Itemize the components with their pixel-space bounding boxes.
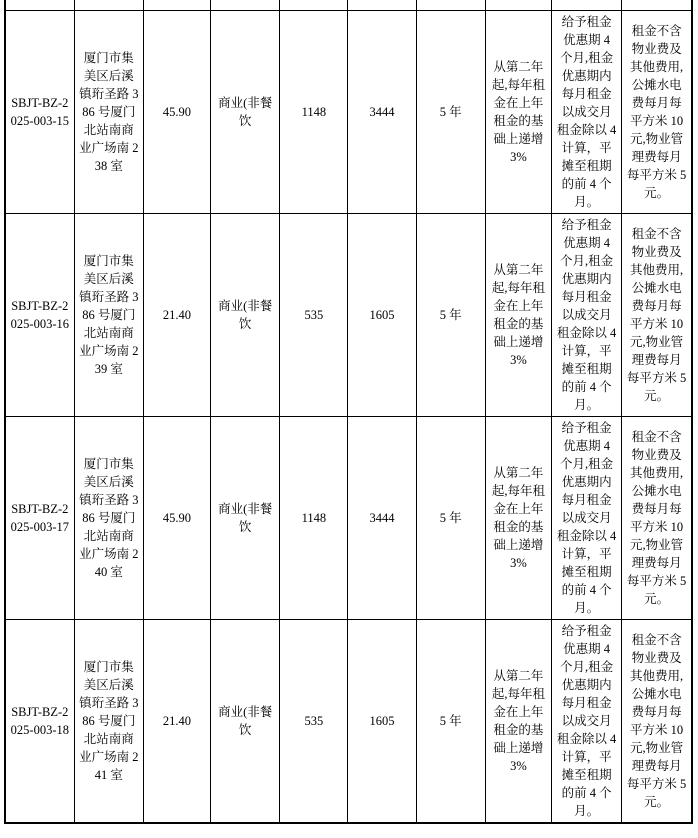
document-page: { "style": { "background": "#ffffff", "g… bbox=[0, 0, 698, 838]
cell-monthly-rent: 535 bbox=[280, 620, 348, 824]
cell-location: 厦门市集美区后溪镇珩圣路 386 号厦门北站南商业广场南 238 室 bbox=[74, 11, 143, 214]
cell-rent-escalation: 从第二年起,每年租金在上年租金的基础上递增3% bbox=[485, 620, 551, 824]
cell-location: 厦门市集美区后溪镇珩圣路 386 号厦门北站南商业广场南 241 室 bbox=[74, 620, 143, 824]
cell-lease-term: 5 年 bbox=[416, 417, 485, 620]
cell-empty bbox=[74, 0, 143, 11]
cell-area: 45.90 bbox=[143, 417, 210, 620]
cell-lease-term: 5 年 bbox=[416, 620, 485, 824]
table-row: SBJT-BZ-2025-003-17 厦门市集美区后溪镇珩圣路 386 号厦门… bbox=[5, 417, 692, 620]
cell-rent-incentive: 给予租金优惠期 4 个月,租金优惠期内每月租金以成交月租金除以 4 计算，平摊至… bbox=[552, 417, 622, 620]
table-row: SBJT-BZ-2025-003-16 厦门市集美区后溪镇珩圣路 386 号厦门… bbox=[5, 214, 692, 417]
cell-deposit: 3444 bbox=[348, 417, 416, 620]
table-row-cutoff bbox=[5, 0, 692, 11]
cell-empty bbox=[5, 0, 74, 11]
cell-monthly-rent: 1148 bbox=[280, 417, 348, 620]
cell-rent-escalation: 从第二年起,每年租金在上年租金的基础上递增3% bbox=[485, 11, 551, 214]
lease-parcels-table: SBJT-BZ-2025-003-15 厦门市集美区后溪镇珩圣路 386 号厦门… bbox=[4, 0, 693, 824]
cell-area: 45.90 bbox=[143, 11, 210, 214]
cell-rent-incentive: 给予租金优惠期 4 个月,租金优惠期内每月租金以成交月租金除以 4 计算，平摊至… bbox=[552, 214, 622, 417]
cell-empty bbox=[552, 0, 622, 11]
cell-deposit: 3444 bbox=[348, 11, 416, 214]
cell-empty bbox=[622, 0, 692, 11]
table-row: SBJT-BZ-2025-003-18 厦门市集美区后溪镇珩圣路 386 号厦门… bbox=[5, 620, 692, 824]
cell-bid-number: SBJT-BZ-2025-003-16 bbox=[5, 214, 74, 417]
cell-deposit: 1605 bbox=[348, 620, 416, 824]
cell-empty bbox=[416, 0, 485, 11]
cell-usage: 商业(非餐饮 bbox=[211, 417, 280, 620]
cell-usage: 商业(非餐饮 bbox=[211, 11, 280, 214]
cell-rent-incentive: 给予租金优惠期 4 个月,租金优惠期内每月租金以成交月租金除以 4 计算，平摊至… bbox=[552, 620, 622, 824]
cell-empty bbox=[211, 0, 280, 11]
cell-lease-term: 5 年 bbox=[416, 214, 485, 417]
cell-empty bbox=[143, 0, 210, 11]
cell-bid-number: SBJT-BZ-2025-003-17 bbox=[5, 417, 74, 620]
cell-location: 厦门市集美区后溪镇珩圣路 386 号厦门北站南商业广场南 239 室 bbox=[74, 214, 143, 417]
cell-monthly-rent: 535 bbox=[280, 214, 348, 417]
cell-usage: 商业(非餐饮 bbox=[211, 620, 280, 824]
cell-empty bbox=[348, 0, 416, 11]
cell-rent-incentive: 给予租金优惠期 4 个月,租金优惠期内每月租金以成交月租金除以 4 计算，平摊至… bbox=[552, 11, 622, 214]
cell-empty bbox=[280, 0, 348, 11]
cell-fee-notes: 租金不含物业费及其他费用,公摊水电费每月每平方米 10 元,物业管理费每月每平方… bbox=[622, 620, 692, 824]
cell-area: 21.40 bbox=[143, 214, 210, 417]
cell-location: 厦门市集美区后溪镇珩圣路 386 号厦门北站南商业广场南 240 室 bbox=[74, 417, 143, 620]
cell-deposit: 1605 bbox=[348, 214, 416, 417]
cell-empty bbox=[485, 0, 551, 11]
cell-lease-term: 5 年 bbox=[416, 11, 485, 214]
cell-monthly-rent: 1148 bbox=[280, 11, 348, 214]
cell-fee-notes: 租金不含物业费及其他费用,公摊水电费每月每平方米 10 元,物业管理费每月每平方… bbox=[622, 11, 692, 214]
table-row: SBJT-BZ-2025-003-15 厦门市集美区后溪镇珩圣路 386 号厦门… bbox=[5, 11, 692, 214]
cell-rent-escalation: 从第二年起,每年租金在上年租金的基础上递增3% bbox=[485, 214, 551, 417]
cell-usage: 商业(非餐饮 bbox=[211, 214, 280, 417]
cell-bid-number: SBJT-BZ-2025-003-15 bbox=[5, 11, 74, 214]
cell-fee-notes: 租金不含物业费及其他费用,公摊水电费每月每平方米 10 元,物业管理费每月每平方… bbox=[622, 214, 692, 417]
cell-rent-escalation: 从第二年起,每年租金在上年租金的基础上递增3% bbox=[485, 417, 551, 620]
cell-bid-number: SBJT-BZ-2025-003-18 bbox=[5, 620, 74, 824]
cell-area: 21.40 bbox=[143, 620, 210, 824]
cell-fee-notes: 租金不含物业费及其他费用,公摊水电费每月每平方米 10 元,物业管理费每月每平方… bbox=[622, 417, 692, 620]
